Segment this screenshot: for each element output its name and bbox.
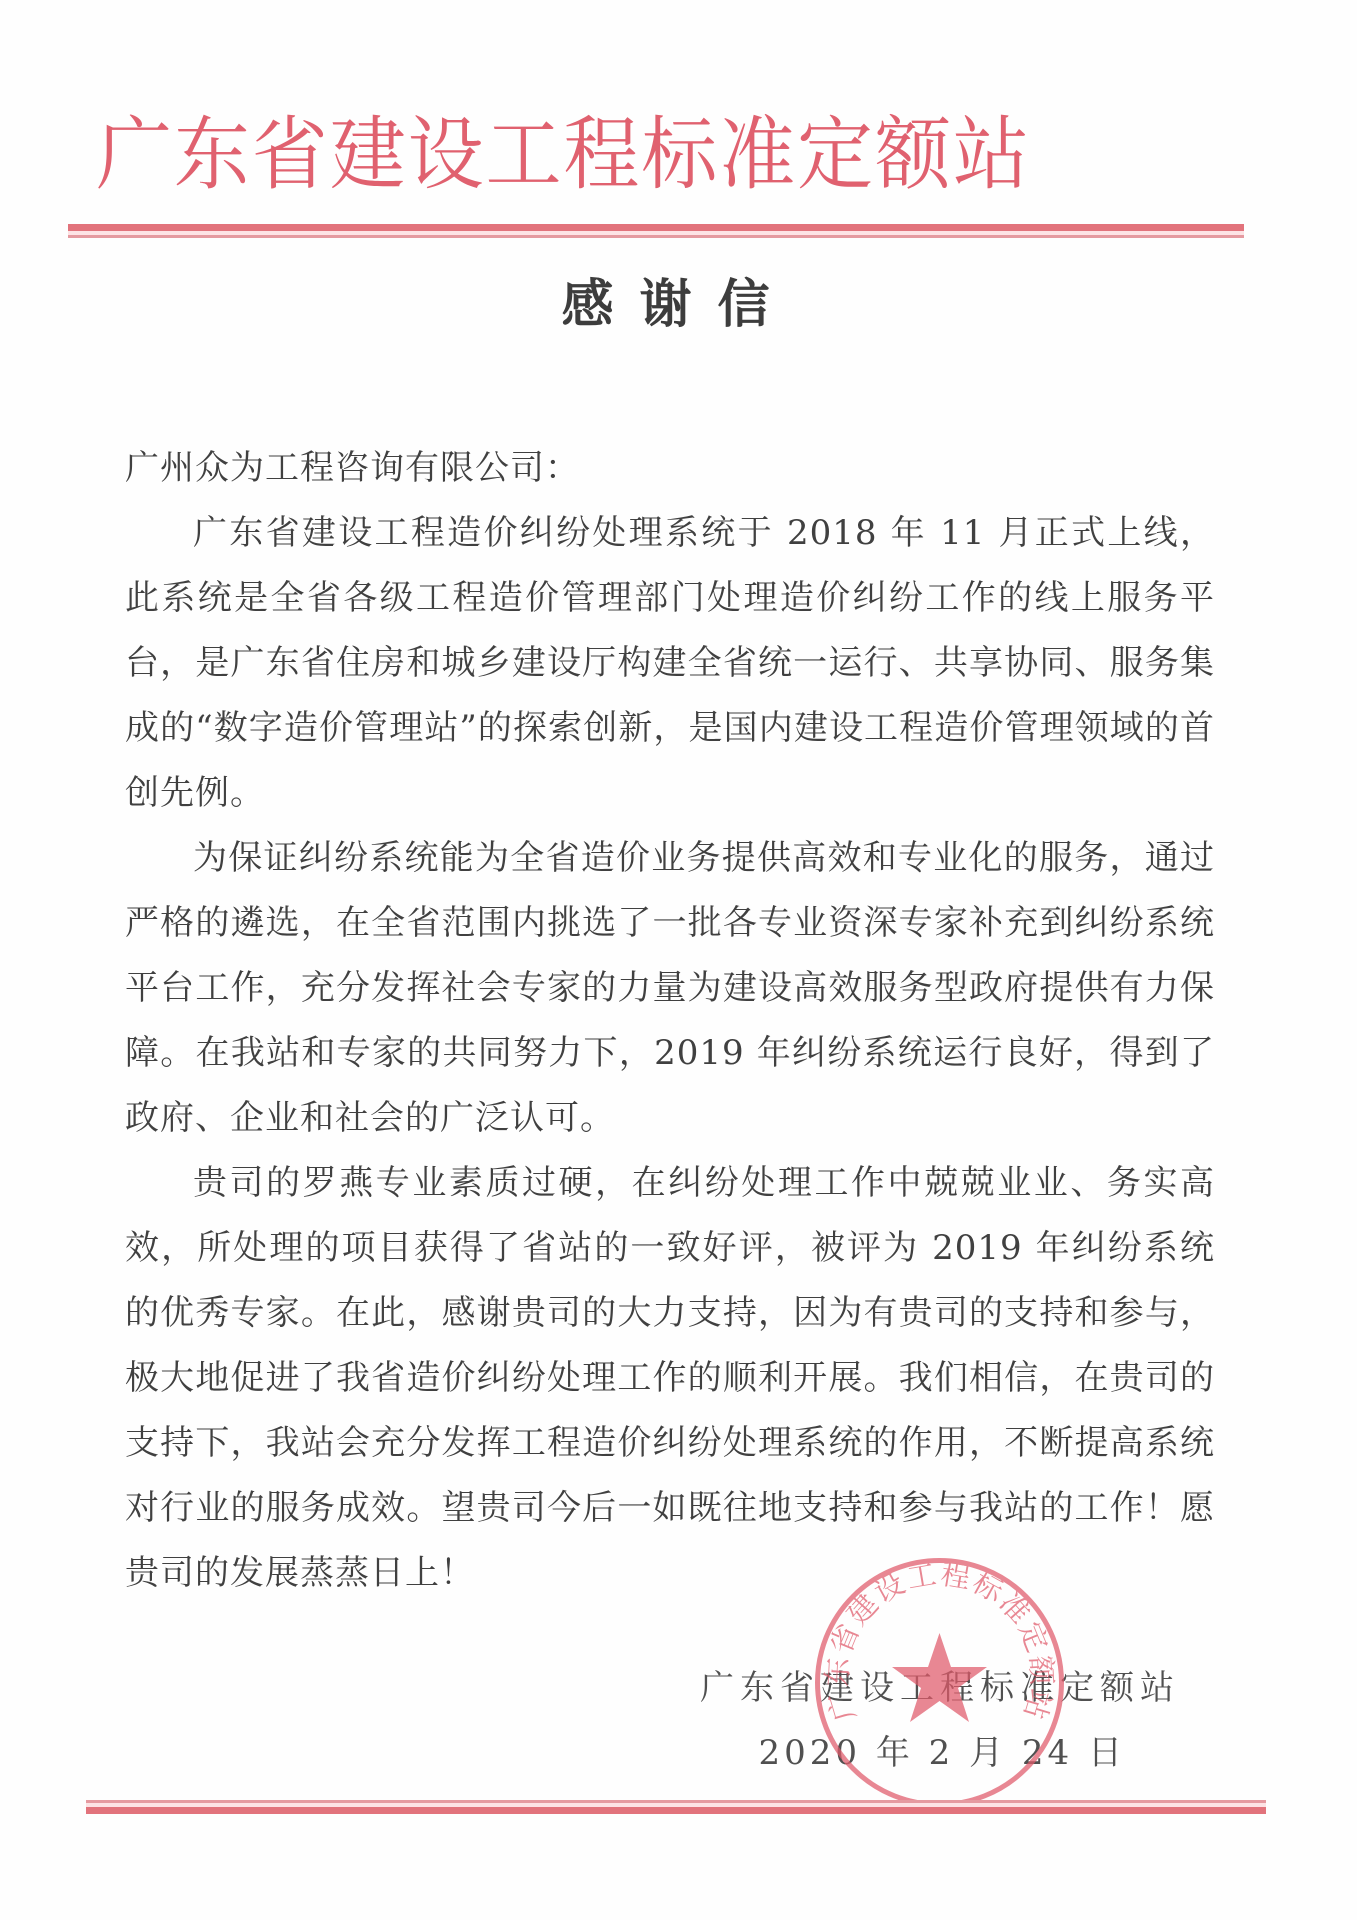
paragraph-1: 广东省建设工程造价纠纷处理系统于 2018 年 11 月正式上线，此系统是全省各… <box>125 501 1215 826</box>
paragraph-2: 为保证纠纷系统能为全省造价业务提供高效和专业化的服务，通过严格的遴选，在全省范围… <box>125 826 1215 1151</box>
footer-divider <box>86 1800 1266 1814</box>
signature-date: 2020 年 2 月 24 日 <box>700 1721 1180 1786</box>
letter-title: 感谢信 <box>0 262 1357 337</box>
divider-thick-line <box>68 224 1244 231</box>
letterhead-org-name: 广东省建设工程标准定额站 <box>96 100 1141 210</box>
signature-block: 广东省建设工程标准定额站 2020 年 2 月 24 日 <box>700 1656 1180 1786</box>
divider-thick-line <box>86 1807 1266 1814</box>
signature-org-name: 广东省建设工程标准定额站 <box>700 1656 1180 1721</box>
divider-thin-line <box>68 235 1244 238</box>
letter-page: 广东省建设工程标准定额站 感谢信 广州众为工程咨询有限公司： 广东省建设工程造价… <box>0 0 1357 1920</box>
letter-body: 广州众为工程咨询有限公司： 广东省建设工程造价纠纷处理系统于 2018 年 11… <box>125 436 1215 1606</box>
letterhead-divider <box>68 224 1244 238</box>
paragraph-3: 贵司的罗燕专业素质过硬，在纠纷处理工作中兢兢业业、务实高效，所处理的项目获得了省… <box>125 1151 1215 1606</box>
salutation: 广州众为工程咨询有限公司： <box>125 436 1215 501</box>
